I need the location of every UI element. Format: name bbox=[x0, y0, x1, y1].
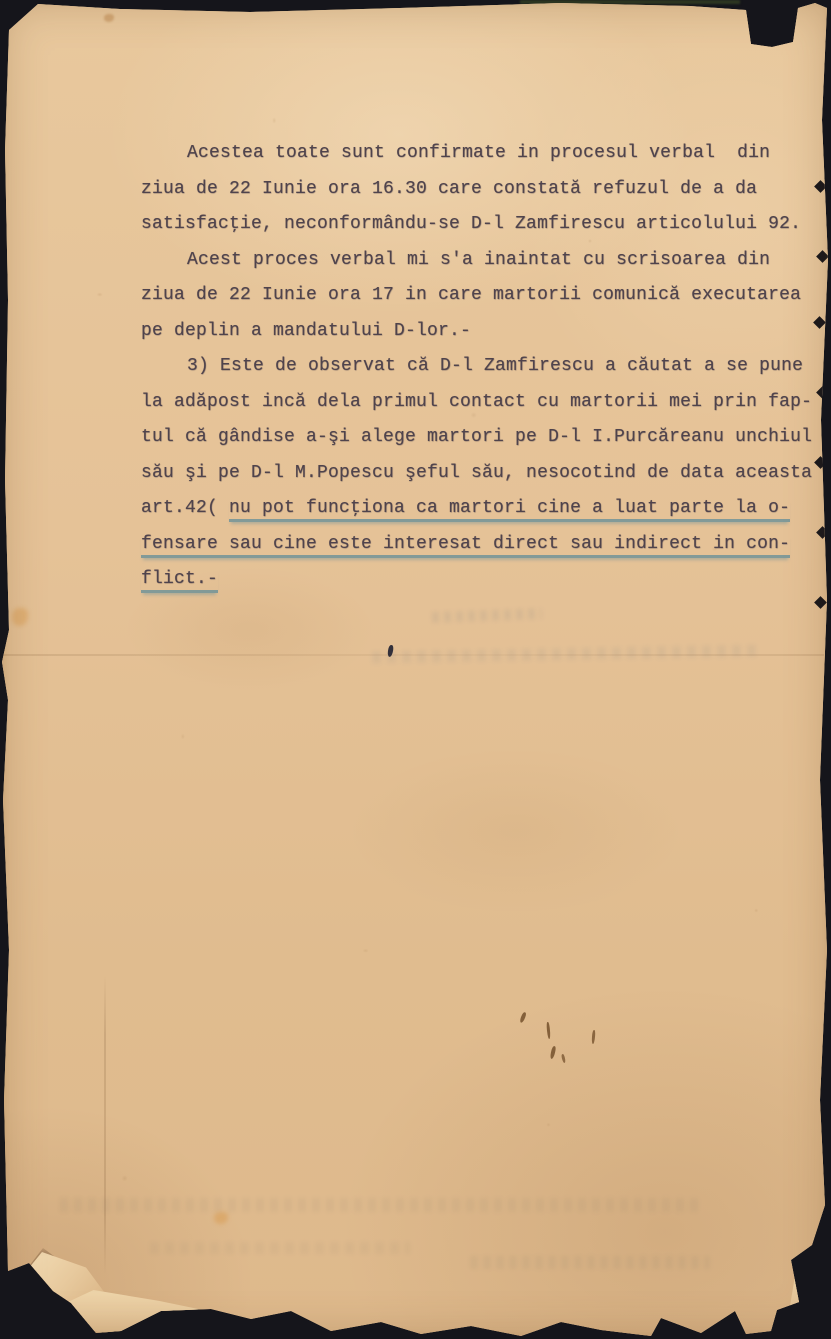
ghost-bleedthrough-mark bbox=[432, 608, 542, 623]
typed-line-2: ziua de 22 Iunie ora 16.30 care constată… bbox=[141, 172, 819, 208]
edge-tear bbox=[814, 596, 827, 609]
fiber-mark bbox=[546, 1022, 551, 1039]
stain bbox=[104, 14, 114, 22]
folded-corner bbox=[14, 1252, 114, 1338]
edge-tear bbox=[816, 526, 829, 539]
edge-tear bbox=[816, 250, 829, 263]
fiber-mark bbox=[550, 1046, 557, 1060]
fold-shadow bbox=[10, 1248, 120, 1339]
torn-edge-underside bbox=[788, 1270, 828, 1330]
typed-line-4: Acest proces verbal mi s'a inaintat cu s… bbox=[141, 243, 819, 279]
fiber-mark bbox=[519, 1012, 527, 1024]
typed-line-3: satisfacţie, neconformându-se D-l Zamfir… bbox=[141, 207, 819, 243]
ink-speck bbox=[387, 645, 394, 658]
typed-line-1: Acestea toate sunt confirmate in procesu… bbox=[141, 136, 819, 172]
underlined-text: nu pot funcţiona ca martori cine a luat … bbox=[229, 498, 790, 522]
fiber-mark bbox=[592, 1030, 596, 1044]
line-prefix: art.42( bbox=[141, 498, 229, 518]
edge-tear bbox=[816, 386, 829, 399]
typed-line-9: tul că gândise a-şi alege martori pe D-l… bbox=[141, 420, 819, 456]
edge-tear bbox=[814, 456, 827, 469]
edge-tear bbox=[814, 180, 827, 193]
typed-line-13: flict.- bbox=[141, 562, 819, 598]
typed-line-11: art.42( nu pot funcţiona ca martori cine… bbox=[141, 491, 819, 527]
stain bbox=[214, 1212, 228, 1224]
underlined-text: fensare sau cine este interesat direct s… bbox=[141, 534, 790, 558]
typed-line-5: ziua de 22 Iunie ora 17 in care martorii… bbox=[141, 278, 819, 314]
underlined-text: flict.- bbox=[141, 569, 218, 593]
typed-line-6: pe deplin a mandatului D-lor.- bbox=[141, 314, 819, 350]
stain bbox=[12, 608, 28, 626]
typed-line-7: 3) Este de observat că D-l Zamfirescu a … bbox=[141, 349, 819, 385]
ghost-bleedthrough-mark bbox=[150, 1242, 410, 1254]
ghost-bleedthrough-mark bbox=[60, 1198, 700, 1212]
fiber-mark bbox=[561, 1054, 566, 1063]
horizontal-crease bbox=[4, 654, 824, 656]
typewritten-text-block: Acestea toate sunt confirmate in procesu… bbox=[141, 136, 819, 598]
torn-edge-underside bbox=[62, 1290, 237, 1339]
vertical-crease bbox=[104, 975, 106, 1275]
typed-line-10: său şi pe D-l M.Popescu şeful său, nesoc… bbox=[141, 456, 819, 492]
ghost-bleedthrough-mark bbox=[372, 645, 762, 664]
typed-line-12: fensare sau cine este interesat direct s… bbox=[141, 527, 819, 563]
ghost-bleedthrough-mark bbox=[470, 1256, 710, 1269]
typed-line-8: la adăpost incă dela primul contact cu m… bbox=[141, 385, 819, 421]
edge-tear bbox=[813, 316, 826, 329]
document-page: Acestea toate sunt confirmate in procesu… bbox=[0, 0, 831, 1339]
